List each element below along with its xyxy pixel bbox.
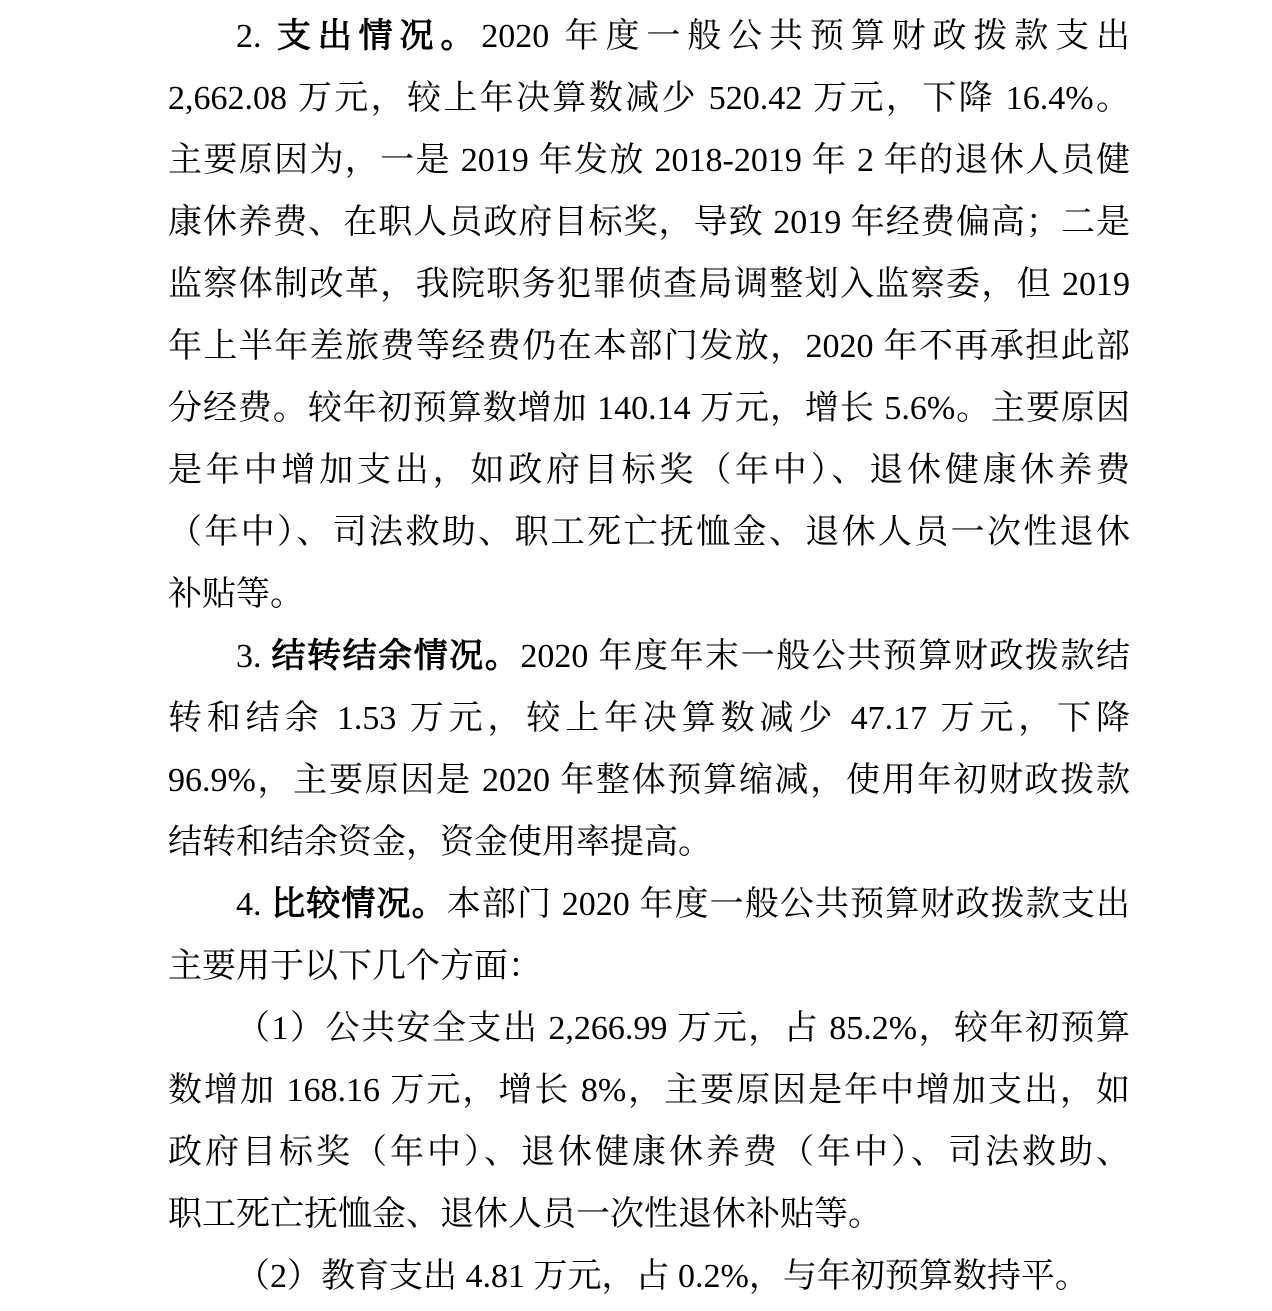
paragraph-item-1-public-safety: （1）公共安全支出 2,266.99 万元，占 85.2%，较年初预算数增加 1…: [168, 998, 1130, 1246]
text-run: （2）教育支出 4.81 万元，占 0.2%，与年初预算数持平。: [236, 1258, 1089, 1295]
text-line: 数增加 168.16 万元，增长 8%，主要原因是年中增加支出，如: [168, 1060, 1130, 1122]
section-heading: 支出情况。: [277, 18, 481, 55]
text-line: 康休养费、在职人员政府目标奖，导致 2019 年经费偏高；二是: [168, 192, 1130, 254]
text-line: （2）教育支出 4.81 万元，占 0.2%，与年初预算数持平。: [168, 1246, 1130, 1308]
text-run: 96.9%，主要原因是 2020 年整体预算缩减，使用年初财政拨款: [168, 762, 1130, 799]
text-run: （1）公共安全支出 2,266.99 万元，占 85.2%，较年初预算: [236, 1010, 1130, 1047]
text-line: 结转和结余资金，资金使用率提高。: [168, 812, 1130, 874]
text-run: 3.: [236, 638, 272, 675]
paragraph-comparison: 4. 比较情况。本部门 2020 年度一般公共预算财政拨款支出主要用于以下几个方…: [168, 874, 1130, 998]
text-line: 职工死亡抚恤金、退休人员一次性退休补贴等。: [168, 1184, 1130, 1246]
text-run: 政府目标奖（年中）、退休健康休养费（年中）、司法救助、: [168, 1134, 1130, 1171]
text-line: （1）公共安全支出 2,266.99 万元，占 85.2%，较年初预算: [168, 998, 1130, 1060]
paragraph-carryover-balance: 3. 结转结余情况。2020 年度年末一般公共预算财政拨款结转和结余 1.53 …: [168, 626, 1130, 874]
text-line: （年中）、司法救助、职工死亡抚恤金、退休人员一次性退休: [168, 502, 1130, 564]
text-line: 转和结余 1.53 万元，较上年决算数减少 47.17 万元，下降: [168, 688, 1130, 750]
text-line: 是年中增加支出，如政府目标奖（年中）、退休健康休养费: [168, 440, 1130, 502]
text-run: 数增加 168.16 万元，增长 8%，主要原因是年中增加支出，如: [168, 1072, 1130, 1109]
section-heading: 结转结余情况。: [272, 638, 521, 675]
paragraph-expenditure: 2. 支出情况。2020 年度一般公共预算财政拨款支出2,662.08 万元，较…: [168, 6, 1130, 626]
text-run: 分经费。较年初预算数增加 140.14 万元，增长 5.6%。主要原因: [168, 390, 1130, 427]
text-run: 本部门 2020 年度一般公共预算财政拨款支出: [447, 886, 1130, 923]
text-run: 2.: [236, 18, 277, 55]
text-run: 2020 年度年末一般公共预算财政拨款结: [520, 638, 1130, 675]
document-body: 2. 支出情况。2020 年度一般公共预算财政拨款支出2,662.08 万元，较…: [168, 6, 1130, 1308]
text-run: 转和结余 1.53 万元，较上年决算数减少 47.17 万元，下降: [168, 700, 1130, 737]
text-run: 结转和结余资金，资金使用率提高。: [168, 824, 712, 861]
text-line: 分经费。较年初预算数增加 140.14 万元，增长 5.6%。主要原因: [168, 378, 1130, 440]
text-run: 职工死亡抚恤金、退休人员一次性退休补贴等。: [168, 1196, 882, 1233]
text-run: 4.: [236, 886, 271, 923]
text-run: 康休养费、在职人员政府目标奖，导致 2019 年经费偏高；二是: [168, 204, 1130, 241]
text-line: 补贴等。: [168, 564, 1130, 626]
paragraph-item-2-education: （2）教育支出 4.81 万元，占 0.2%，与年初预算数持平。: [168, 1246, 1130, 1308]
text-line: 3. 结转结余情况。2020 年度年末一般公共预算财政拨款结: [168, 626, 1130, 688]
text-run: 2020 年度一般公共预算财政拨款支出: [481, 18, 1130, 55]
text-line: 主要用于以下几个方面：: [168, 936, 1130, 998]
text-run: 监察体制改革，我院职务犯罪侦查局调整划入监察委，但 2019: [168, 266, 1130, 303]
text-run: 主要用于以下几个方面：: [168, 948, 542, 985]
text-line: 年上半年差旅费等经费仍在本部门发放，2020 年不再承担此部: [168, 316, 1130, 378]
section-heading: 比较情况。: [271, 886, 447, 923]
text-line: 监察体制改革，我院职务犯罪侦查局调整划入监察委，但 2019: [168, 254, 1130, 316]
text-run: （年中）、司法救助、职工死亡抚恤金、退休人员一次性退休: [168, 514, 1130, 551]
text-line: 2. 支出情况。2020 年度一般公共预算财政拨款支出: [168, 6, 1130, 68]
text-line: 政府目标奖（年中）、退休健康休养费（年中）、司法救助、: [168, 1122, 1130, 1184]
text-line: 4. 比较情况。本部门 2020 年度一般公共预算财政拨款支出: [168, 874, 1130, 936]
text-run: 是年中增加支出，如政府目标奖（年中）、退休健康休养费: [168, 452, 1130, 489]
text-run: 补贴等。: [168, 576, 304, 613]
text-line: 主要原因为，一是 2019 年发放 2018-2019 年 2 年的退休人员健: [168, 130, 1130, 192]
text-run: 年上半年差旅费等经费仍在本部门发放，2020 年不再承担此部: [168, 328, 1130, 365]
text-run: 2,662.08 万元，较上年决算数减少 520.42 万元，下降 16.4%。: [168, 80, 1130, 117]
text-line: 2,662.08 万元，较上年决算数减少 520.42 万元，下降 16.4%。: [168, 68, 1130, 130]
text-line: 96.9%，主要原因是 2020 年整体预算缩减，使用年初财政拨款: [168, 750, 1130, 812]
text-run: 主要原因为，一是 2019 年发放 2018-2019 年 2 年的退休人员健: [168, 142, 1130, 179]
